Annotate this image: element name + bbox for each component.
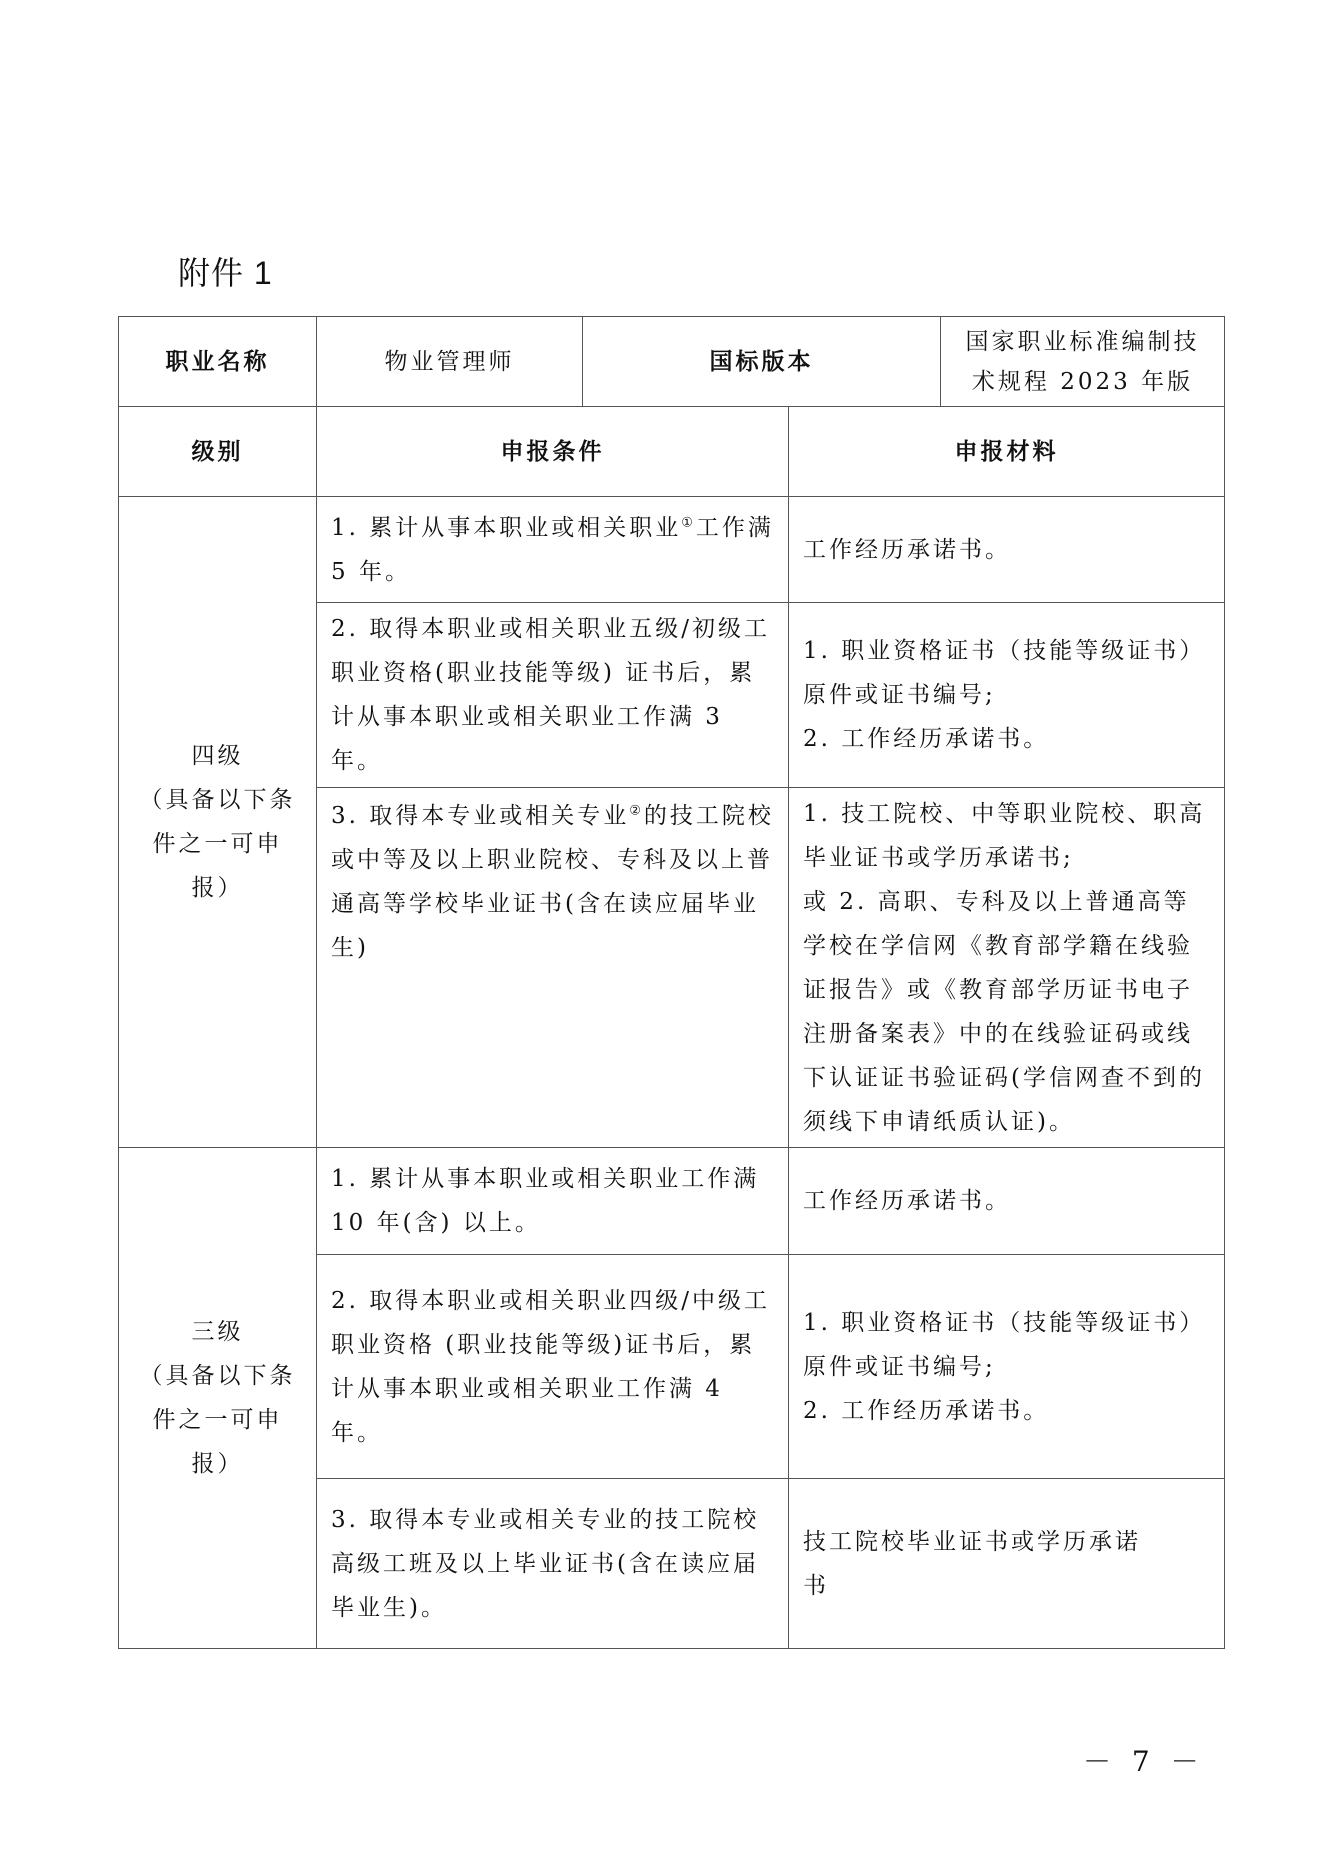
condition-cell: 3. 取得本专业或相关专业②的技工院校或中等及以上职业院校、专科及以上普通高等学… (317, 788, 789, 1148)
occupation-row: 职业名称 物业管理师 国标版本 国家职业标准编制技术规程 2023 年版 (119, 317, 1225, 407)
version-value: 国家职业标准编制技术规程 2023 年版 (941, 317, 1225, 407)
condition-cell: 1. 累计从事本职业或相关职业①工作满 5 年。 (317, 497, 789, 603)
application-requirements-table: 职业名称 物业管理师 国标版本 国家职业标准编制技术规程 2023 年版 级别 … (118, 316, 1225, 1649)
material-cell: 技工院校毕业证书或学历承诺书 (789, 1479, 1225, 1649)
level-cell-3: 三级 （具备以下条件之一可申报） (119, 1148, 317, 1649)
footnote-2-marker: ② (629, 803, 644, 818)
material-line: 1. 职业资格证书（技能等级证书）原件或证书编号; (803, 629, 1210, 717)
version-label: 国标版本 (583, 317, 941, 407)
material-line: 或 2. 高职、专科及以上普通高等学校在学信网《教育部学籍在线验证报告》或《教育… (803, 880, 1210, 1144)
occupation-label: 职业名称 (119, 317, 317, 407)
occupation-value: 物业管理师 (317, 317, 583, 407)
condition-text: 3. 取得本专业或相关专业 (331, 803, 629, 829)
material-line: 2. 工作经历承诺书。 (803, 1389, 1210, 1433)
level-name: 四级 (133, 734, 302, 778)
condition-cell: 2. 取得本职业或相关职业四级/中级工职业资格 (职业技能等级)证书后，累计从事… (317, 1255, 789, 1479)
level-note: （具备以下条件之一可申报） (133, 1354, 302, 1486)
level-cell-4: 四级 （具备以下条件之一可申报） (119, 497, 317, 1148)
material-line: 1. 职业资格证书（技能等级证书）原件或证书编号; (803, 1301, 1210, 1389)
column-header-materials: 申报材料 (789, 407, 1225, 497)
page-number: － 7 － (1083, 1740, 1205, 1780)
table-row: 三级 （具备以下条件之一可申报） 1. 累计从事本职业或相关职业工作满 10 年… (119, 1148, 1225, 1255)
condition-text: 1. 累计从事本职业或相关职业 (331, 515, 681, 541)
material-cell: 工作经历承诺书。 (789, 497, 1225, 603)
level-note: （具备以下条件之一可申报） (133, 778, 302, 910)
level-name: 三级 (133, 1310, 302, 1354)
material-cell: 工作经历承诺书。 (789, 1148, 1225, 1255)
column-header-level: 级别 (119, 407, 317, 497)
condition-cell: 3. 取得本专业或相关专业的技工院校高级工班及以上毕业证书(含在读应届毕业生)。 (317, 1479, 789, 1649)
condition-cell: 2. 取得本职业或相关职业五级/初级工职业资格(职业技能等级) 证书后，累计从事… (317, 603, 789, 788)
table-row: 四级 （具备以下条件之一可申报） 1. 累计从事本职业或相关职业①工作满 5 年… (119, 497, 1225, 603)
column-header-conditions: 申报条件 (317, 407, 789, 497)
column-header-row: 级别 申报条件 申报材料 (119, 407, 1225, 497)
footnote-1-marker: ① (681, 515, 696, 530)
attachment-label: 附件 1 (178, 248, 273, 294)
material-cell: 1. 职业资格证书（技能等级证书）原件或证书编号; 2. 工作经历承诺书。 (789, 1255, 1225, 1479)
material-line: 1. 技工院校、中等职业院校、职高毕业证书或学历承诺书; (803, 792, 1210, 880)
material-cell: 1. 职业资格证书（技能等级证书）原件或证书编号; 2. 工作经历承诺书。 (789, 603, 1225, 788)
condition-cell: 1. 累计从事本职业或相关职业工作满 10 年(含) 以上。 (317, 1148, 789, 1255)
material-cell: 1. 技工院校、中等职业院校、职高毕业证书或学历承诺书; 或 2. 高职、专科及… (789, 788, 1225, 1148)
material-line: 2. 工作经历承诺书。 (803, 717, 1210, 761)
